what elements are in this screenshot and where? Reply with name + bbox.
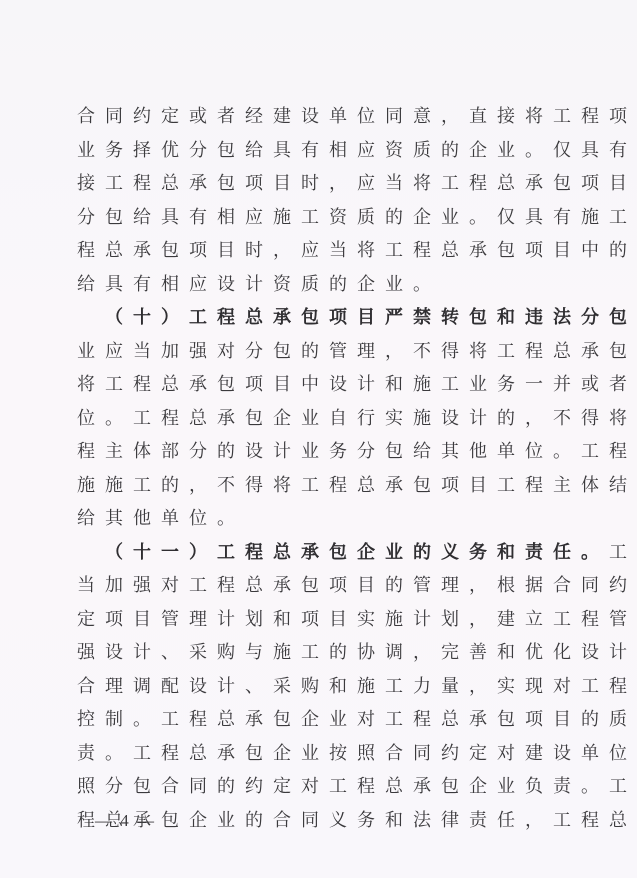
text-line: 控制。工程总承包企业对工程总承包项目的质量和安全全面负 [77, 703, 567, 737]
text-line: 给具有相应设计资质的企业。 [77, 268, 567, 302]
text-line: 照分包合同的约定对工程总承包企业负责。工程分包不能免除工 [77, 770, 567, 804]
text-line: 位。工程总承包企业自行实施设计的，不得将工程总承包项目工 [77, 402, 567, 436]
text-line: 当加强对工程总承包项目的管理，根据合同约定和项目特点，制 [77, 569, 567, 603]
text-line: 接工程总承包项目时，应当将工程总承包项目中的施工业务依法 [77, 167, 567, 201]
text-line: 强设计、采购与施工的协调，完善和优化设计，改进施工方案， [77, 636, 567, 670]
text-line: 合理调配设计、采购和施工力量，实现对工程总承包项目的有效 [77, 670, 567, 704]
document-page: 合同约定或者经建设单位同意，直接将工程项目的设计或者施工 业务择优分包给具有相应… [0, 0, 637, 878]
text-line: 程总承包项目时，应当将工程总承包项目中的设计业务依法分包 [77, 234, 567, 268]
text-line: 程主体部分的设计业务分包给其他单位。工程总承包企业自行实 [77, 435, 567, 469]
section-11-first-line: （十一）工程总承包企业的义务和责任。工程总承包企业应 [77, 536, 567, 570]
text-line: 施施工的，不得将工程总承包项目工程主体结构的施工业务分包 [77, 469, 567, 503]
page-number: — 4 — [95, 811, 156, 831]
section-10-first-line: （十）工程总承包项目严禁转包和违法分包。工程总承包企 [77, 301, 567, 335]
text-line: 给其他单位。 [77, 502, 567, 536]
text-line: 业应当加强对分包的管理，不得将工程总承包项目转包，也不得 [77, 335, 567, 369]
text-line: 责。工程总承包企业按照合同约定对建设单位负责，分包企业按 [77, 737, 567, 771]
text-line: 将工程总承包项目中设计和施工业务一并或者分别分包给其他单 [77, 368, 567, 402]
section-heading-10: （十）工程总承包项目严禁转包和违法分包。 [105, 307, 637, 328]
section-heading-11: （十一）工程总承包企业的义务和责任。 [105, 542, 609, 563]
document-body: 合同约定或者经建设单位同意，直接将工程项目的设计或者施工 业务择优分包给具有相应… [77, 100, 567, 837]
text-run: 工程总承包企业应 [609, 542, 637, 563]
text-line: 合同约定或者经建设单位同意，直接将工程项目的设计或者施工 [77, 100, 567, 134]
text-line: 定项目管理计划和项目实施计划，建立工程管理与协调制度，加 [77, 603, 567, 637]
text-line: 业务择优分包给具有相应资质的企业。仅具有设计资质的企业承 [77, 134, 567, 168]
text-line: 分包给具有相应施工资质的企业。仅具有施工资质的企业承接工 [77, 201, 567, 235]
